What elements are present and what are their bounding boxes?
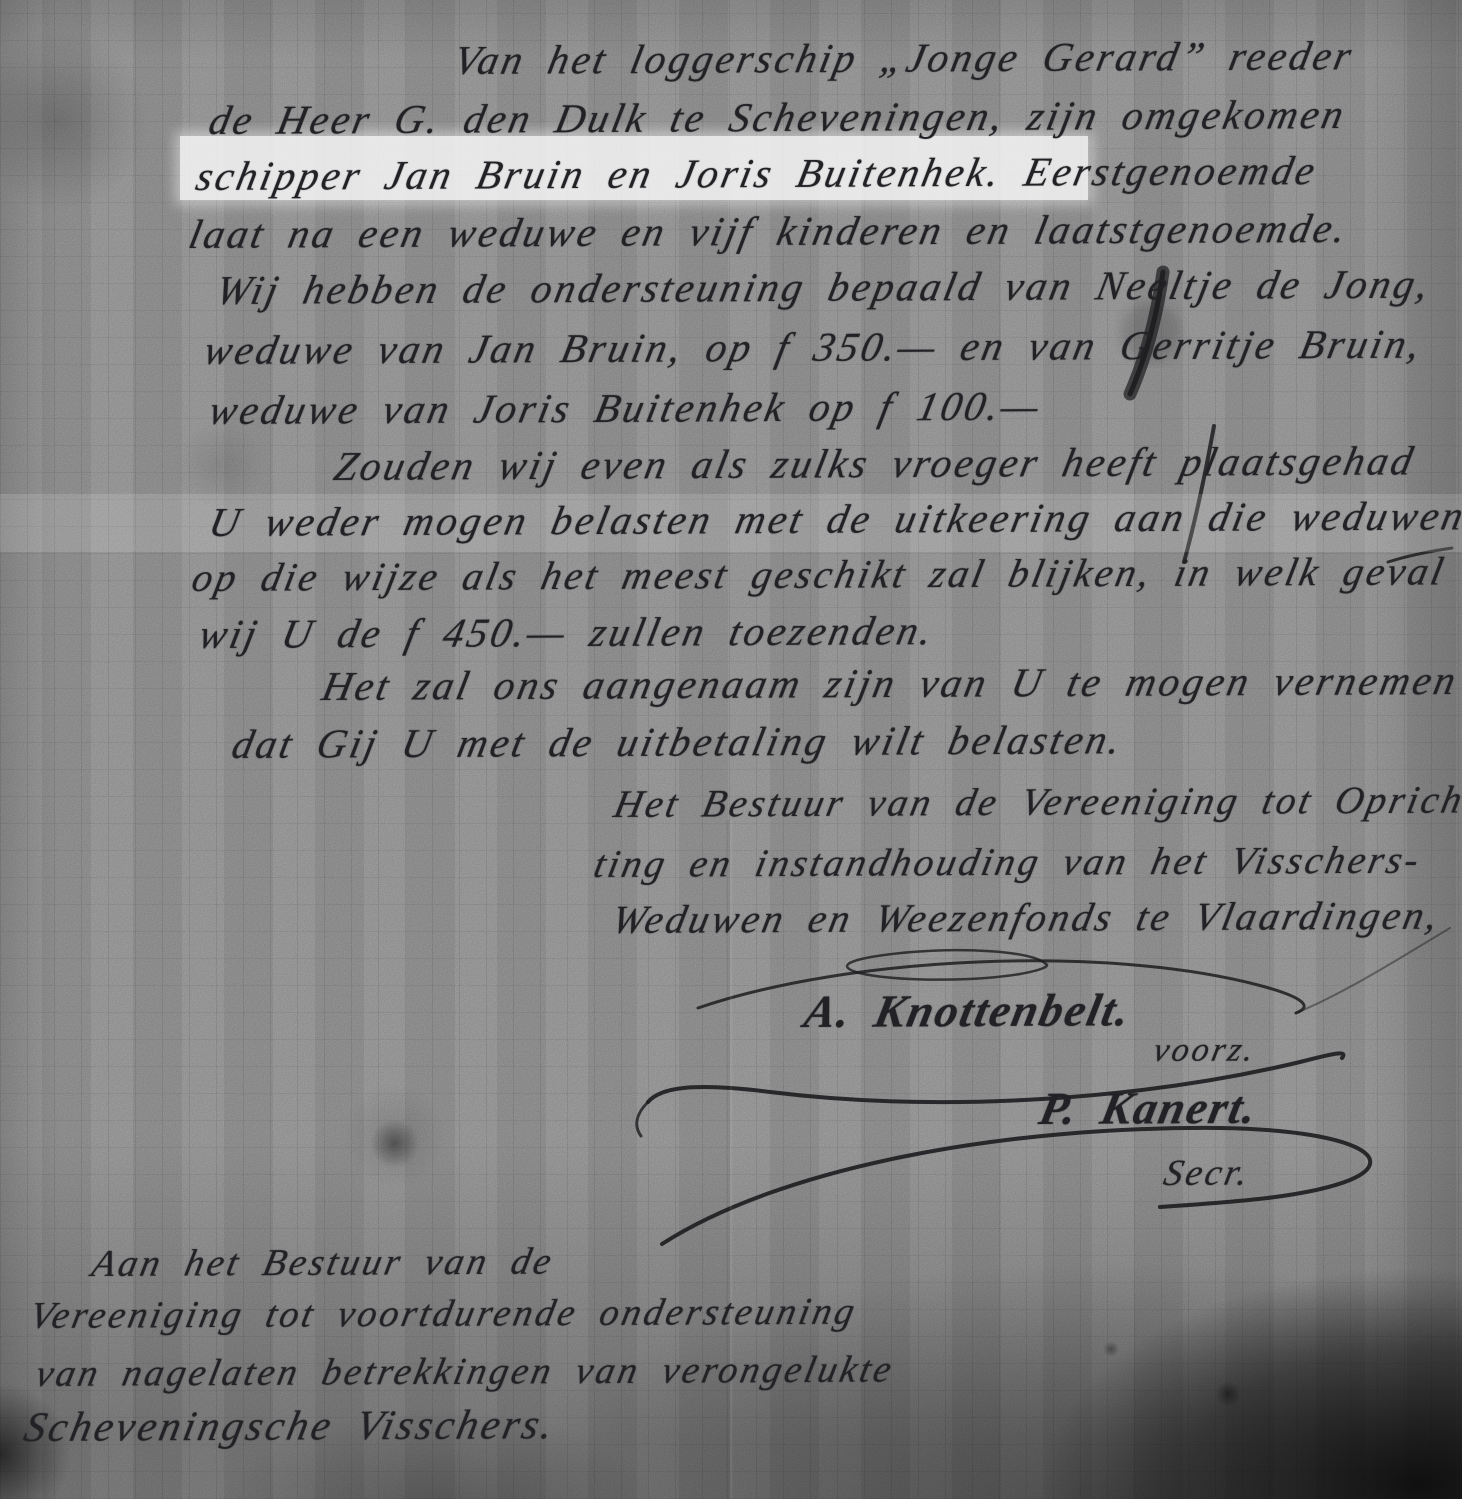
letter-line-5: Wij hebben de ondersteuning bepaald van …: [212, 260, 1436, 314]
address-line-3: van nagelaten betrekkingen van verongelu…: [32, 1348, 898, 1396]
letter-line-16: Weduwen en Weezenfonds te Vlaardingen,: [608, 892, 1445, 943]
secretary-title: Secr.: [1160, 1152, 1255, 1195]
letter-line-3-highlighted: schipper Jan Bruin en Joris Buitenhek. E…: [192, 146, 1322, 200]
scanned-letter-page: Van het loggerschip „Jonge Gerard” reede…: [0, 0, 1462, 1499]
letter-line-15: ting en instandhouding van het Visschers…: [590, 838, 1426, 887]
letter-line-7: weduwe van Joris Buitenhek op f 100.—: [205, 382, 1046, 434]
address-line-4: Scheveningsche Visschers.: [20, 1401, 560, 1452]
address-line-1: Aan het Bestuur van de: [88, 1240, 558, 1286]
letter-line-9: U weder mogen belasten met de uitkeering…: [205, 491, 1462, 546]
president-title: voorz.: [1150, 1031, 1260, 1070]
signature-top-flourish-tail: [1296, 928, 1450, 1013]
president-underline-hook: [637, 1102, 648, 1136]
letter-line-13: dat Gij U met de uitbetaling wilt belast…: [228, 715, 1128, 768]
president-signature: A. Knottenbelt.: [800, 983, 1136, 1038]
letter-line-6: weduwe van Jan Bruin, op f 350.— en van …: [200, 320, 1427, 374]
secretary-signature-loop: [662, 1128, 1370, 1244]
letter-line-1: Van het loggerschip „Jonge Gerard” reede…: [450, 31, 1359, 84]
address-line-2: Vereeniging tot voortdurende ondersteuni…: [26, 1290, 861, 1338]
letter-line-12: Het zal ons aangenaam zijn van U te moge…: [318, 656, 1462, 710]
letter-line-14: Het Bestuur van de Vereeniging tot Opric…: [610, 777, 1462, 827]
weezenfonds-underline-loop: [847, 950, 1047, 979]
secretary-signature: P. Kanert.: [1035, 1081, 1263, 1135]
letter-line-2: de Heer G. den Dulk te Scheveningen, zij…: [205, 90, 1351, 144]
letter-line-10: op die wijze als het meest geschikt zal …: [188, 547, 1450, 601]
letter-line-8: Zouden wij even als zulks vroeger heeft …: [330, 436, 1420, 490]
letter-line-4: laat na een weduwe en vijf kinderen en l…: [185, 204, 1353, 258]
letter-line-11: wij U de f 450.— zullen toezenden.: [195, 606, 939, 658]
